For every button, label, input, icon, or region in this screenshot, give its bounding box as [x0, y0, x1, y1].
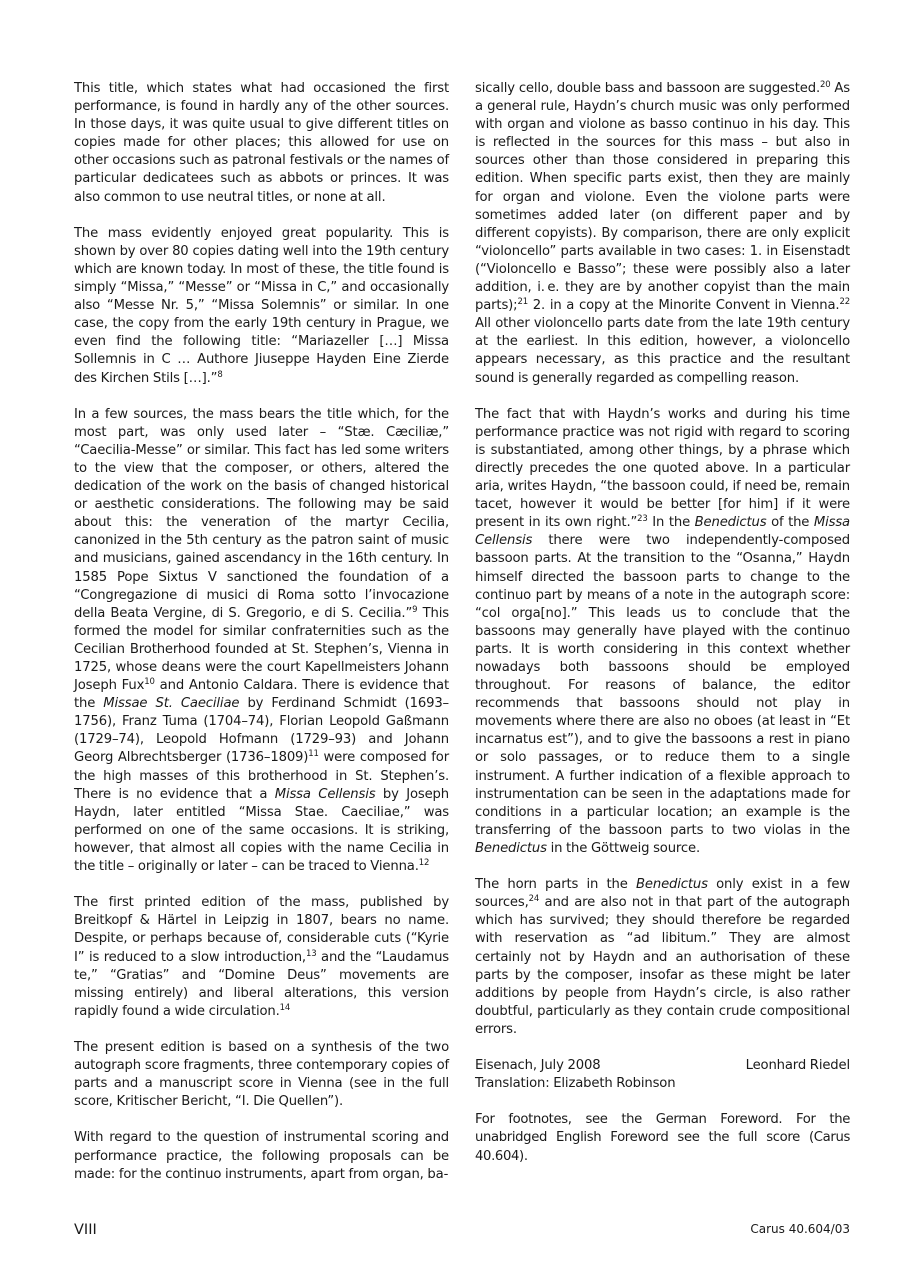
- footnote-ref: 12: [419, 858, 430, 868]
- italic-title: Benedictus: [695, 515, 767, 530]
- footnote-ref: 21: [517, 297, 528, 307]
- right-column: sically cello, double bass and bassoon a…: [475, 80, 850, 1184]
- signature-row: Eisenach, July 2008 Leonhard Riedel: [475, 1057, 850, 1075]
- text-run: The horn parts in the: [475, 877, 636, 892]
- translator-credit: Translation: Elizabeth Robinson: [475, 1075, 850, 1093]
- paragraph-continuo: sically cello, double bass and bassoon a…: [475, 80, 850, 388]
- left-column: This title, which states what had occasi…: [74, 80, 449, 1202]
- text-run: 2. in a copy at the Minorite Convent in …: [528, 298, 839, 313]
- footnote-ref: 24: [529, 894, 540, 904]
- footnote-ref: 11: [308, 749, 319, 759]
- paragraph-horn: The horn parts in the Benedictus only ex…: [475, 876, 850, 1039]
- italic-title: Benedictus: [636, 877, 708, 892]
- italic-title: Missa Cellensis: [275, 787, 376, 802]
- paragraph-bassoon: The fact that with Haydn’s works and dur…: [475, 406, 850, 858]
- footnote-ref: 23: [637, 514, 648, 524]
- footnote-ref: 14: [280, 1003, 291, 1013]
- paragraph-scoring: With regard to the question of instrumen…: [74, 1129, 449, 1183]
- footnote-ref: 8: [217, 370, 222, 380]
- signature-block: Eisenach, July 2008 Leonhard Riedel Tran…: [475, 1057, 850, 1093]
- paragraph-cecilia: In a few sources, the mass bears the tit…: [74, 406, 449, 876]
- paragraph-present-edition: The present edition is based on a synthe…: [74, 1039, 449, 1111]
- footnote-ref: 20: [820, 80, 831, 90]
- text-run: and are also not in that part of the aut…: [475, 895, 850, 1037]
- text-run: of the: [766, 515, 813, 530]
- footnote-ref: 10: [144, 677, 155, 687]
- paragraph-first-edition: The first printed edition of the mass, p…: [74, 894, 449, 1021]
- author-name: Leonhard Riedel: [746, 1057, 850, 1075]
- text-run: The mass evidently enjoyed great popular…: [74, 226, 449, 386]
- text-run: In a few sources, the mass bears the tit…: [74, 407, 449, 621]
- text-run: In the: [648, 515, 695, 530]
- text-run: As a general rule, Haydn’s church music …: [475, 81, 850, 313]
- text-run: sically cello, double bass and bassoon a…: [475, 81, 820, 96]
- paragraph-popularity: The mass evidently enjoyed great popular…: [74, 225, 449, 388]
- paragraph-title-occasion: This title, which states what had occasi…: [74, 80, 449, 207]
- page-number: VIII: [74, 1222, 97, 1238]
- italic-title: Benedictus: [475, 841, 547, 856]
- catalog-reference: Carus 40.604/03: [750, 1222, 850, 1236]
- footnotes-note: For footnotes, see the German Foreword. …: [475, 1111, 850, 1165]
- text-run: in the Göttweig source.: [547, 841, 700, 856]
- text-run: All other violoncello parts date from th…: [475, 316, 850, 385]
- footnote-ref: 22: [839, 297, 850, 307]
- italic-title: Missae St. Caeciliae: [103, 696, 239, 711]
- text-run: The fact that with Haydn’s works and dur…: [475, 407, 850, 531]
- text-run: there were two independently-composed ba…: [475, 533, 850, 838]
- place-date: Eisenach, July 2008: [475, 1057, 600, 1075]
- footnote-ref: 13: [306, 949, 317, 959]
